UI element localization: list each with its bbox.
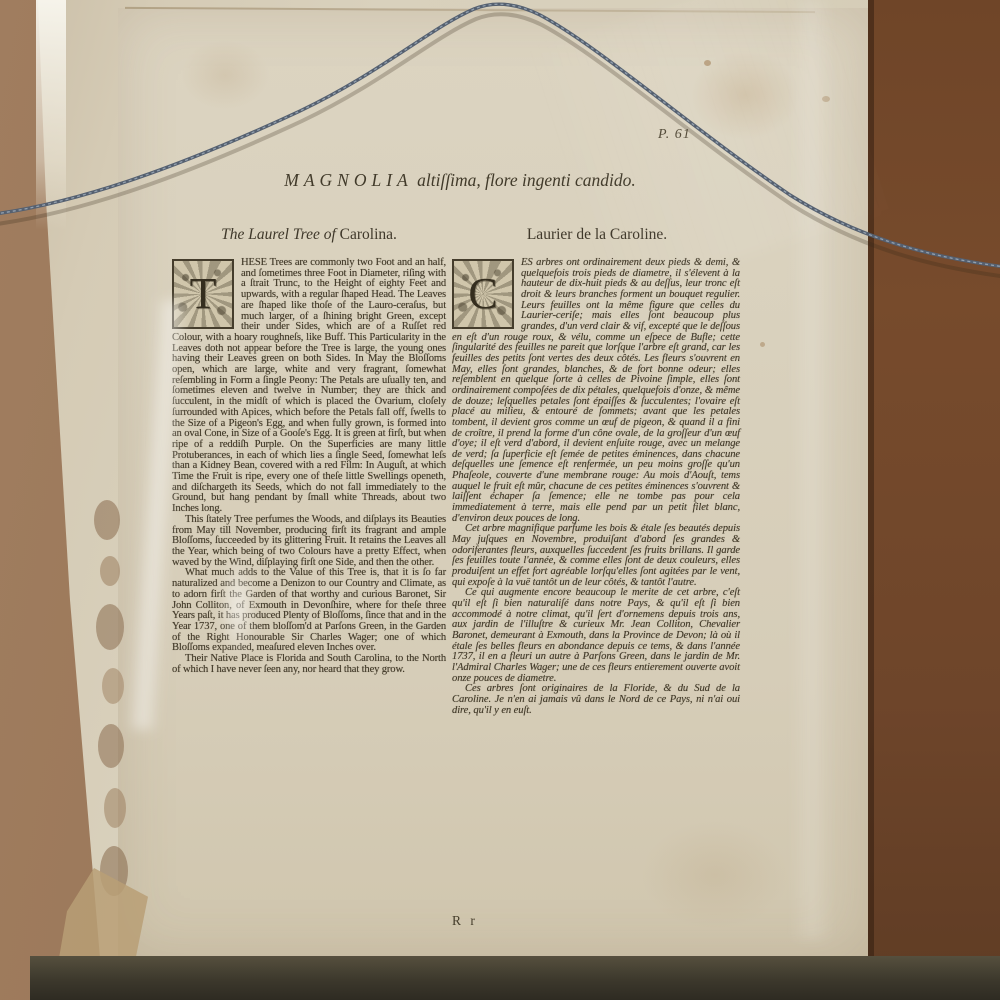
page-title: MAGNOLIA altiſſima, flore ingenti candid… [160,170,760,191]
english-paragraph: This ſtately Tree perfumes the Woods, an… [172,515,446,569]
signature-mark: R r [452,913,478,929]
framed-document-photo: P. 61 MAGNOLIA altiſſima, flore ingenti … [0,0,1000,1000]
french-paragraph: Ce qui augmente encore beaucoup le merit… [452,588,740,684]
deckle-blotch [96,604,124,650]
english-paragraph: Their Native Place is Florida and South … [172,654,446,675]
title-rest: altiſſima, flore ingenti candido. [413,170,636,190]
english-header-roman: Carolina. [340,226,397,243]
drop-cap-initial-T: T [172,259,234,329]
plastic-sleeve-edge [36,0,66,230]
deckle-blotch [94,500,120,540]
english-text-column: T HESE Trees are commonly two Foot and a… [172,258,446,675]
background-dark-panel [868,0,1000,1000]
deckle-blotch [102,668,124,704]
deckle-blotch [104,788,126,828]
page-number: P. 61 [658,127,691,143]
english-header-italic: The Laurel Tree of [221,226,340,243]
french-text-column: C ES arbres ont ordinairement deux pieds… [452,258,740,716]
drop-cap-initial-C: C [452,259,514,329]
english-header: The Laurel Tree of Carolina. [172,226,446,244]
french-header: Laurier de la Caroline. [452,226,742,244]
deckle-blotch [98,724,124,768]
french-paragraph: Ces arbres ſont originaires de la Florid… [452,684,740,716]
deckle-blotch [100,556,120,586]
english-paragraph: What much adds to the Value of this Tree… [172,568,446,654]
frame-bottom-shadow [30,956,1000,1000]
french-paragraph: Cet arbre magnifique parfume les bois & … [452,524,740,588]
title-genus: MAGNOLIA [284,170,412,190]
